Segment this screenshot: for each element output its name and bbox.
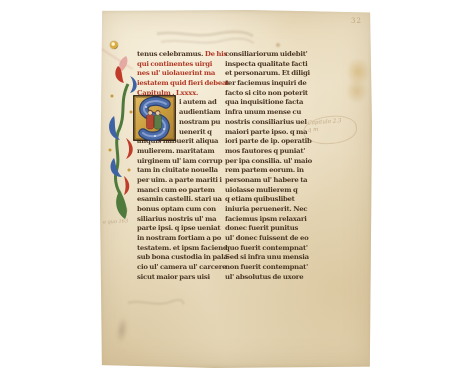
ink-text-segment: cio ul' camera ul' carcere: [137, 263, 226, 271]
manuscript-text-line: nostris consiliarius uel: [225, 118, 309, 128]
manuscript-text-line: iori parte de ip. operatib: [225, 137, 309, 147]
ink-text-segment: nostris consiliarius uel: [225, 118, 307, 126]
manuscript-text-line: per ipa consilia. ul' maio: [225, 157, 309, 167]
manuscript-leaf: 32 tenus celebramus. De hisqui continent…: [100, 10, 372, 368]
ink-text-segment: rem partem eorum. in: [225, 166, 304, 174]
rubric-text-segment: qui continentes uirgi: [137, 60, 212, 68]
ink-text-segment: consiliariorum uidebit': [225, 50, 307, 58]
ink-text-segment: q etiam quibuslibet: [225, 195, 295, 203]
ink-text-segment: per ipa consilia. ul' maio: [225, 157, 312, 165]
rubric-text-segment: De his: [205, 50, 227, 58]
rubric-text-segment: nes ul' uiolauerint ma: [137, 69, 215, 77]
ink-text-segment: tenus celebramus.: [137, 50, 205, 58]
rubric-text-segment: iestatem quid fieri debeat: [137, 79, 229, 87]
marginal-note-left: e quo 163: [103, 218, 128, 225]
ink-text-segment: qua inquisitione facta: [225, 98, 303, 106]
manuscript-text-line: mulierem. maritatam: [137, 147, 221, 157]
manuscript-text-line: per uim. a parte mariti i: [137, 176, 221, 186]
ink-text-segment: iori parte de ip. operatib: [225, 137, 312, 145]
marginal-note-right: Capitulo 2.3 q m: [302, 114, 358, 146]
ink-text-segment: infra unum mense cu: [225, 108, 301, 116]
ink-text-segment: parte ipsi. q ipse ueniat: [137, 224, 220, 232]
ink-text-segment: Sed si infra unu mensia: [225, 253, 309, 261]
manuscript-text-line: qua inquisitione facta: [225, 98, 309, 108]
ink-text-segment: ter faciemus inquiri de: [225, 79, 306, 87]
manuscript-text-line: tam in ciuitate nouella: [137, 166, 221, 176]
manuscript-text-line: donec fuerit punitus: [225, 224, 309, 234]
manuscript-text-line: ul' absolutus de uxore: [225, 273, 309, 283]
ink-text-segment: esamin castelli. stari ua: [137, 195, 222, 203]
manuscript-text-line: et personarum. Et diligi: [225, 69, 309, 79]
ink-text-segment: facto si cito non poterit: [225, 89, 308, 97]
manuscript-text-line: esamin castelli. stari ua: [137, 195, 221, 205]
manuscript-text-line: inspecta qualitate facti: [225, 60, 309, 70]
manuscript-text-line: uenerit q: [179, 128, 221, 138]
manuscript-text-line: tenus celebramus. De his: [137, 50, 221, 60]
manuscript-text-line: iniuria peruenerit. Nec: [225, 205, 309, 215]
manuscript-text-line: Sed si infra unu mensia: [225, 253, 309, 263]
ink-text-segment: uirginem ul' iam corrup: [137, 157, 222, 165]
illuminated-initial-S: [133, 95, 176, 141]
show-through-text-bottom: [126, 296, 186, 310]
manuscript-text-line: parte ipsi. q ipse ueniat: [137, 224, 221, 234]
manuscript-text-line: q etiam quibuslibet: [225, 195, 309, 205]
manuscript-text-line: testatem. et ipsm faciend: [137, 244, 221, 254]
manuscript-text-line: sub bona custodia in pala: [137, 253, 221, 263]
manuscript-text-line: ter faciemus inquiri de: [225, 79, 309, 89]
manuscript-text-line: bonus optam cum con: [137, 205, 221, 215]
ink-text-segment: siliarius nostris ul' ma: [137, 215, 216, 223]
manuscript-text-line: non fuerit contempnat': [225, 263, 309, 273]
manuscript-text-line: consiliariorum uidebit': [225, 50, 309, 60]
ink-text-segment: faciemus ipsm relaxari: [225, 215, 307, 223]
ink-text-segment: uiolasse mulierem q: [225, 186, 298, 194]
manuscript-text-line: infra unum mense cu: [225, 108, 309, 118]
manuscript-text-line: nes ul' uiolauerint ma: [137, 69, 221, 79]
ink-text-segment: mulierem. maritatam: [137, 147, 214, 155]
folio-number: 32: [351, 17, 362, 25]
manuscript-text-line: faciemus ipsm relaxari: [225, 215, 309, 225]
ink-text-segment: sub bona custodia in pala: [137, 253, 228, 261]
manuscript-text-line: uiolasse mulierem q: [225, 186, 309, 196]
ink-text-segment: ul' donec fuissent de eo: [225, 234, 308, 242]
stain-bottom-left: [111, 309, 132, 351]
manuscript-text-line: personam ul' habere ta: [225, 176, 309, 186]
ink-text-segment: audientiam: [179, 108, 220, 116]
ink-text-segment: in nostram fortiam a po: [137, 234, 221, 242]
ink-text-segment: donec fuerit punitus: [225, 224, 298, 232]
manuscript-text-line: quo fuerit contempnat': [225, 244, 309, 254]
ink-text-segment: ul' absolutus de uxore: [225, 273, 303, 281]
manuscript-text-line: ul' donec fuissent de eo: [225, 234, 309, 244]
manuscript-text-line: nostram pu: [179, 118, 221, 128]
show-through-text-top: [155, 28, 255, 48]
ink-text-segment: et personarum. Et diligi: [225, 69, 310, 77]
stain-top-speck: [275, 42, 281, 48]
ink-text-segment: personam ul' habere ta: [225, 176, 307, 184]
ink-text-segment: maiori parte ipso. q ma: [225, 128, 307, 136]
gold-roundel-top: [110, 41, 118, 49]
manuscript-text-line: facto si cito non poterit: [225, 89, 309, 99]
manuscript-text-line: audientiam: [179, 108, 221, 118]
text-column-left: tenus celebramus. De hisqui continentes …: [137, 50, 221, 283]
manuscript-text-line: i autem ad: [179, 98, 221, 108]
ink-text-segment: quo fuerit contempnat': [225, 244, 308, 252]
photo-background: 32 tenus celebramus. De hisqui continent…: [0, 0, 468, 382]
ink-text-segment: mos fautores q puniat': [225, 147, 305, 155]
text-column-right: consiliariorum uidebit'inspecta qualitat…: [225, 50, 309, 283]
ink-text-segment: non fuerit contempnat': [225, 263, 308, 271]
ink-text-segment: i autem ad: [179, 98, 217, 106]
manuscript-text-line: mos fautores q puniat': [225, 147, 309, 157]
manuscript-text-line: iestatem quid fieri debeat: [137, 79, 221, 89]
manuscript-text-line: siliarius nostris ul' ma: [137, 215, 221, 225]
manuscript-text-line: uirginem ul' iam corrup: [137, 157, 221, 167]
manuscript-text-line: sicut maior pars uisi: [137, 273, 221, 283]
ink-text-segment: testatem. et ipsm faciend: [137, 244, 227, 252]
manuscript-text-line: in nostram fortiam a po: [137, 234, 221, 244]
ink-text-segment: inspecta qualitate facti: [225, 60, 308, 68]
ink-text-segment: uenerit q: [179, 128, 212, 136]
ink-text-segment: manci cum eo partem: [137, 186, 215, 194]
manuscript-text-line: manci cum eo partem: [137, 186, 221, 196]
ink-text-segment: bonus optam cum con: [137, 205, 216, 213]
manuscript-text-line: cio ul' camera ul' carcere: [137, 263, 221, 273]
ink-text-segment: iniuria peruenerit. Nec: [225, 205, 307, 213]
manuscript-text-line: qui continentes uirgi: [137, 60, 221, 70]
ink-text-segment: sicut maior pars uisi: [137, 273, 210, 281]
manuscript-text-line: rem partem eorum. in: [225, 166, 309, 176]
ink-text-segment: nostram pu: [179, 118, 220, 126]
manuscript-text-line: maiori parte ipso. q ma: [225, 128, 309, 138]
ink-text-segment: tam in ciuitate nouella: [137, 166, 218, 174]
stain-right-margin: [345, 58, 371, 104]
ink-text-segment: per uim. a parte mariti i: [137, 176, 222, 184]
